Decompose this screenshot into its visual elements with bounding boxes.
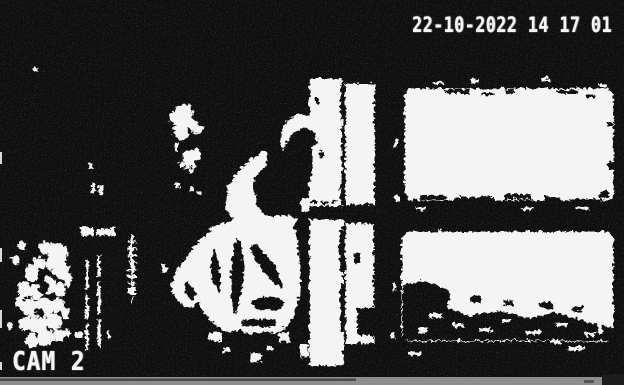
timestamp-overlay: 22-10-2022 14 17 01: [412, 13, 612, 39]
camera-label: CAM 2: [12, 346, 85, 376]
scan-noise-overlay: [0, 0, 624, 378]
cctv-scene: [0, 0, 624, 385]
cctv-still-frame: 22-10-2022 14 17 01 CAM 2: [0, 0, 624, 385]
